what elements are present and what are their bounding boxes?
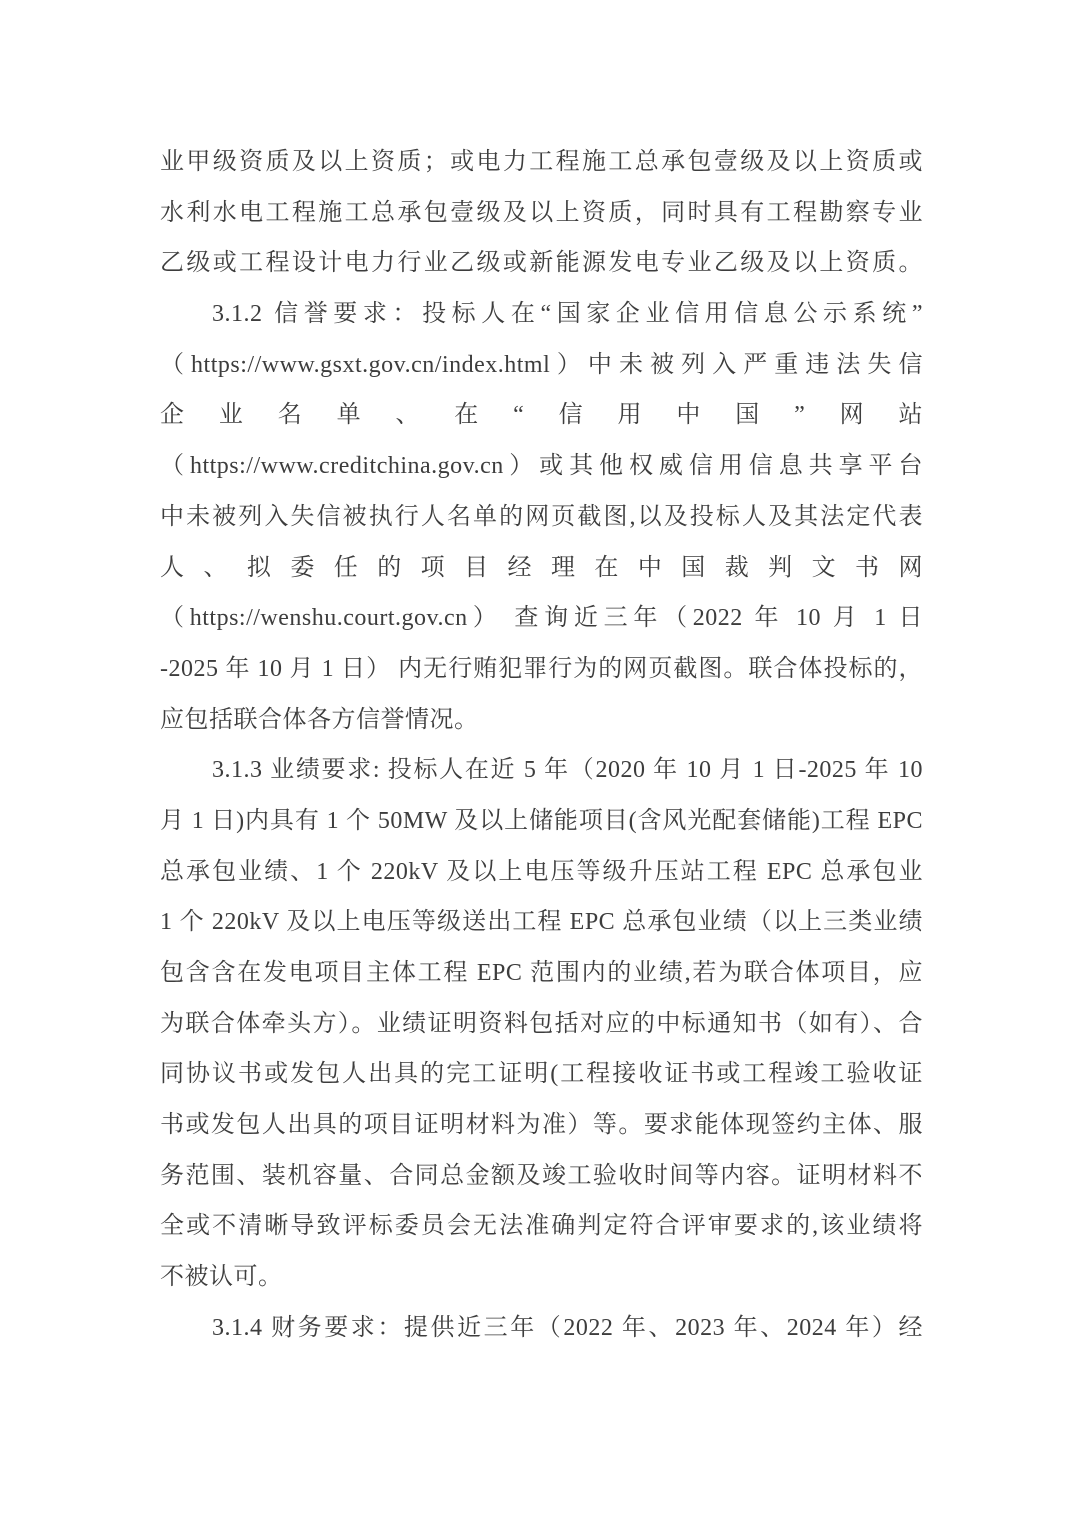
document-text-block: 业甲级资质及以上资质；或电力工程施工总承包壹级及以上资质或水利水电工程施工总承包… <box>160 137 923 1354</box>
text-line-13: 3.1.3 业绩要求: 投标人在近 5 年（2020 年 10 月 1 日-20… <box>160 745 923 796</box>
text-line-20: 书或发包人出具的项目证明材料为准）等。要求能体现签约主体、服 <box>160 1100 923 1151</box>
text-line-22: 全或不清晰导致评标委员会无法准确判定符合评审要求的,该业绩将 <box>160 1201 923 1252</box>
text-line-19: 同协议书或发包人出具的完工证明(工程接收证书或工程竣工验收证 <box>160 1049 923 1100</box>
text-line-1: 业甲级资质及以上资质；或电力工程施工总承包壹级及以上资质或 <box>160 137 923 188</box>
text-line-7: （https://www.creditchina.gov.cn）或其他权威信用信… <box>160 441 923 492</box>
text-line-6: 企业名单、在“信用中国”网站 <box>160 390 923 441</box>
text-line-8: 中未被列入失信被执行人名单的网页截图,以及投标人及其法定代表 <box>160 492 923 543</box>
text-line-4: 3.1.2 信誉要求：投标人在“国家企业信用信息公示系统” <box>160 289 923 340</box>
text-line-10: （https://wenshu.court.gov.cn） 查询近三年（2022… <box>160 593 923 644</box>
text-line-14: 月 1 日)内具有 1 个 50MW 及以上储能项目(含风光配套储能)工程 EP… <box>160 796 923 847</box>
text-line-11: -2025 年 10 月 1 日） 内无行贿犯罪行为的网页截图。联合体投标的， <box>160 644 923 695</box>
text-line-17: 包含含在发电项目主体工程 EPC 范围内的业绩,若为联合体项目，应 <box>160 948 923 999</box>
text-line-23: 不被认可。 <box>160 1252 923 1303</box>
text-line-9: 人、拟委任的项目经理在中国裁判文书网 <box>160 543 923 594</box>
text-line-2: 水利水电工程施工总承包壹级及以上资质，同时具有工程勘察专业 <box>160 188 923 239</box>
text-line-3: 乙级或工程设计电力行业乙级或新能源发电专业乙级及以上资质。 <box>160 238 923 289</box>
text-line-18: 为联合体牵头方）。业绩证明资料包括对应的中标通知书（如有）、合 <box>160 999 923 1050</box>
text-line-5: （https://www.gsxt.gov.cn/index.html）中未被列… <box>160 340 923 391</box>
text-line-12: 应包括联合体各方信誉情况。 <box>160 695 923 746</box>
document-page: 业甲级资质及以上资质；或电力工程施工总承包壹级及以上资质或水利水电工程施工总承包… <box>0 0 1080 1527</box>
text-line-24: 3.1.4 财务要求：提供近三年（2022 年、2023 年、2024 年）经 <box>160 1303 923 1354</box>
text-line-16: 1 个 220kV 及以上电压等级送出工程 EPC 总承包业绩（以上三类业绩 <box>160 897 923 948</box>
text-line-15: 总承包业绩、1 个 220kV 及以上电压等级升压站工程 EPC 总承包业绩、 <box>160 847 923 898</box>
text-line-21: 务范围、装机容量、合同总金额及竣工验收时间等内容。证明材料不 <box>160 1151 923 1202</box>
